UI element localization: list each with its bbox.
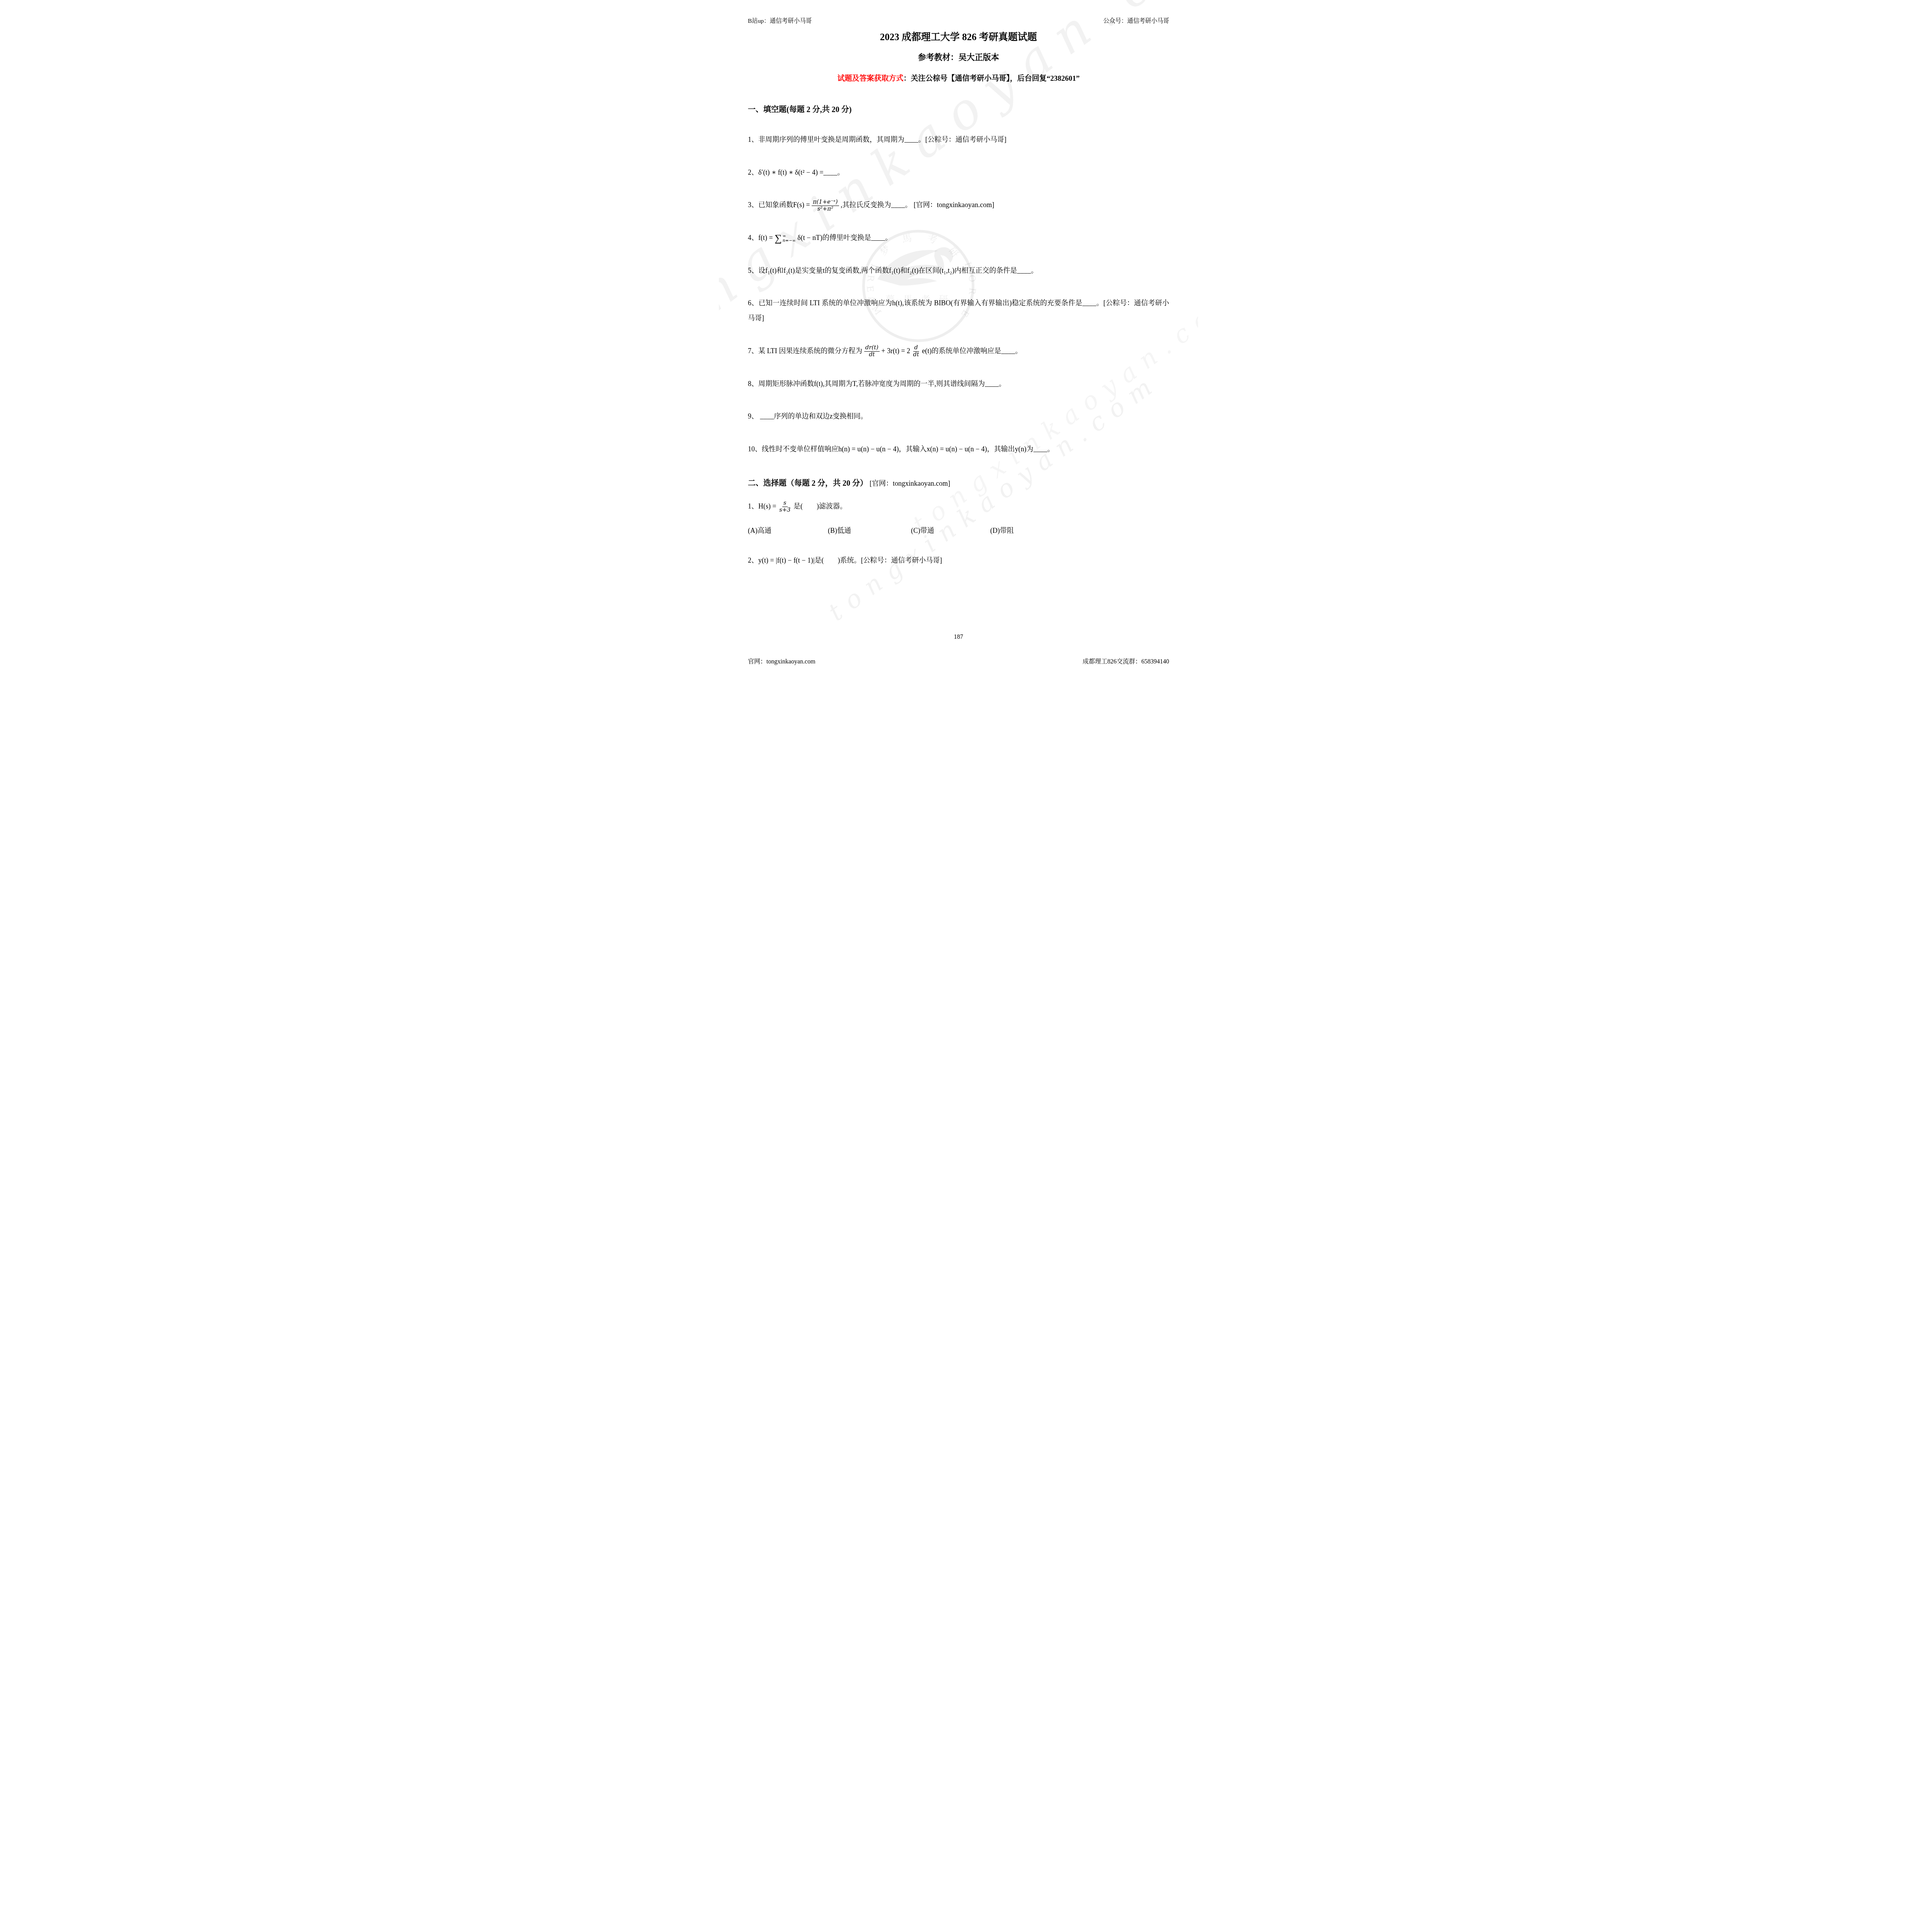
question-3-tag: [官网：tongxinkaoyan.com] <box>914 201 994 209</box>
page-header: B站up：通信考研小马哥 公众号：通信考研小马哥 <box>748 16 1169 25</box>
fraction-denominator: s+3 <box>778 507 792 514</box>
page-number: 187 <box>719 634 1198 641</box>
section2-title-text: 二、选择题（每题 2 分，共 20 分） <box>748 479 868 488</box>
option-a: (A)高通 <box>748 525 828 535</box>
question-4-after: δ(t − nT)的傅里叶变换是____。 <box>797 234 892 241</box>
question-7-fraction-2: d dt <box>912 345 920 358</box>
fraction-numerator: s <box>782 500 788 507</box>
question-10: 10、线性时不变单位样值响应h(n) = u(n) − u(n − 4)，其输入… <box>748 442 1169 457</box>
question-1: 1、非周期序列的傅里叶变换是周期函数，其周期为____。[公粽号：通信考研小马哥… <box>748 132 1169 147</box>
section2-question-1: 1、H(s) = s s+3 是( )滤波器。 <box>748 499 1169 514</box>
question-6: 6、已知一连续时间 LTI 系统的单位冲激响应为h(t),该系统为 BIBO(有… <box>748 296 1169 325</box>
question-7-before: 7、某 LTI 因果连续系统的微分方程为 <box>748 347 862 355</box>
summation: ∑ ∞ n=−∞ <box>775 233 796 243</box>
sum-lower-limit: n=−∞ <box>783 238 796 243</box>
question-7-fraction-1: dr(t) dt <box>864 345 880 358</box>
question-8: 8、周期矩形脉冲函数f(t),其周期为T,若脉冲宽度为周期的一半,则其谱线间隔为… <box>748 376 1169 391</box>
fraction-numerator: π(1+e⁻ˢ) <box>812 199 839 206</box>
question-7-after: e(t)的系统单位冲激响应是____。 <box>922 347 1022 355</box>
question-2: 2、δ′(t) ∗ f(t) ∗ δ(t² − 4) =____。 <box>748 165 1169 180</box>
fraction-denominator: s²+π² <box>816 206 834 213</box>
fraction-numerator: dr(t) <box>864 345 880 352</box>
footer-left-site: 官网：tongxinkaoyan.com <box>748 656 815 665</box>
option-b: (B)低通 <box>828 525 911 535</box>
answer-notice-red: 试题及答案获取方式 <box>837 75 903 83</box>
s2-question-1-before: 1、H(s) = <box>748 502 776 510</box>
question-7: 7、某 LTI 因果连续系统的微分方程为 dr(t) dt + 3r(t) = … <box>748 344 1169 359</box>
page-content: B站up：通信考研小马哥 公众号：通信考研小马哥 2023 成都理工大学 826… <box>719 0 1198 568</box>
page-footer: 官网：tongxinkaoyan.com 成都理工826交流群：65839414… <box>748 656 1169 665</box>
page-title: 2023 成都理工大学 826 考研真题试题 <box>748 29 1169 43</box>
sum-limits: ∞ n=−∞ <box>783 234 796 243</box>
s2-question-1-fraction: s s+3 <box>778 500 792 514</box>
section2-title-tag: [官网：tongxinkaoyan.com] <box>870 480 950 487</box>
question-3: 3、已知象函数F(s) = π(1+e⁻ˢ) s²+π² ,其拉氏反变换为___… <box>748 197 1169 213</box>
header-right-credit: 公众号：通信考研小马哥 <box>1103 16 1169 25</box>
sum-operator: ∑ <box>775 233 782 243</box>
choice-options-row: (A)高通 (B)低通 (C)带通 (D)带阻 <box>748 525 1169 535</box>
section2-title: 二、选择题（每题 2 分，共 20 分） [官网：tongxinkaoyan.c… <box>748 477 1169 488</box>
fraction-numerator: d <box>913 345 919 352</box>
page-subtitle: 参考教材：吴大正版本 <box>748 51 1169 63</box>
s2-question-1-after: 是( )滤波器。 <box>793 502 847 510</box>
section1-title: 一、填空题(每题 2 分,共 20 分) <box>748 103 1169 114</box>
header-left-credit: B站up：通信考研小马哥 <box>748 16 812 25</box>
answer-notice: 试题及答案获取方式：关注公棕号【通信考研小马哥】，后台回复“2382601” <box>748 73 1169 83</box>
option-d: (D)带阻 <box>990 525 1169 535</box>
answer-notice-rest: ：关注公棕号【通信考研小马哥】，后台回复“2382601” <box>904 75 1080 83</box>
footer-right-group: 成都理工826交流群：658394140 <box>1083 656 1169 665</box>
question-7-mid: + 3r(t) = 2 <box>881 347 910 355</box>
question-4-before: 4、f(t) = <box>748 234 773 241</box>
question-3-after: ,其拉氏反变换为____。 <box>841 201 912 209</box>
question-5: 5、设f₁(t)和f₂(t)是实变量t的复变函数,两个函数f₁(t)和f₂(t)… <box>748 263 1169 278</box>
exam-page: tongxinkaoyan.com tongxinkaoyan.com tong… <box>719 0 1198 678</box>
fraction-denominator: dt <box>868 352 876 358</box>
option-c: (C)带通 <box>911 525 990 535</box>
question-3-before: 3、已知象函数F(s) = <box>748 201 810 209</box>
section2-question-2: 2、y(t) = |f(t) − f(t − 1)|是( )系统。[公粽号：通信… <box>748 553 1169 568</box>
fraction-denominator: dt <box>912 352 920 358</box>
question-9: 9、 ____序列的单边和双边z变换相同。 <box>748 409 1169 424</box>
question-3-fraction: π(1+e⁻ˢ) s²+π² <box>812 199 839 213</box>
question-4: 4、f(t) = ∑ ∞ n=−∞ δ(t − nT)的傅里叶变换是____。 <box>748 230 1169 245</box>
